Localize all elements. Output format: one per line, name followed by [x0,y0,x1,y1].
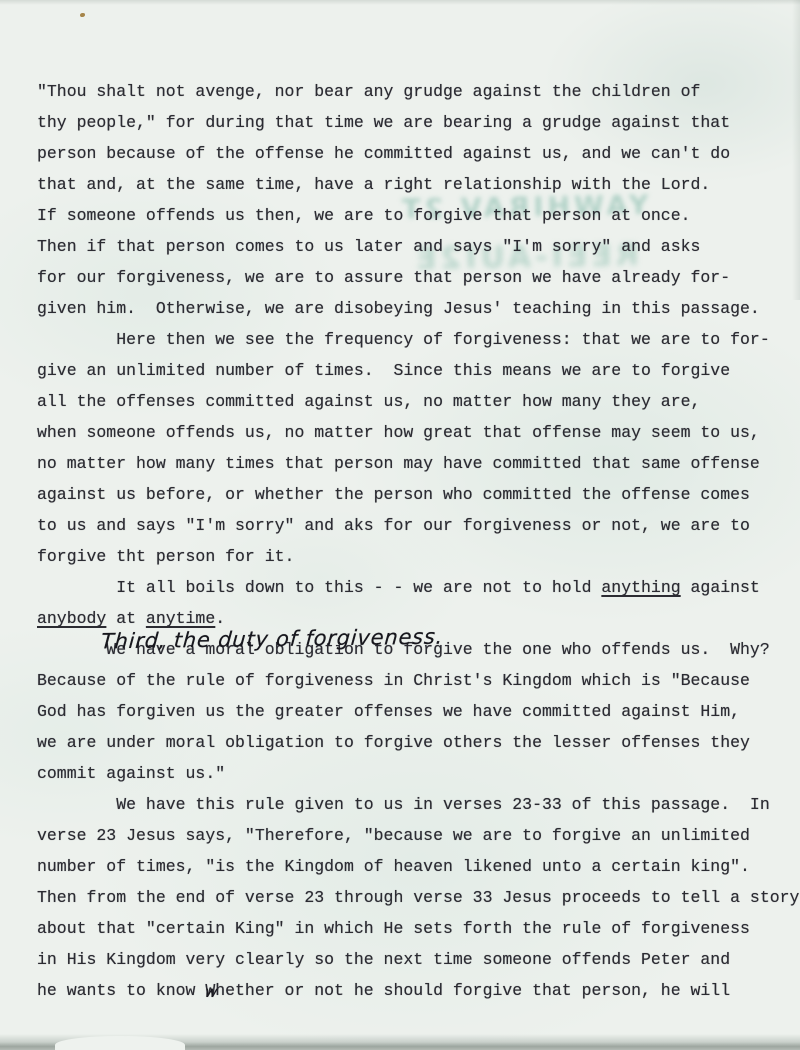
typed-line: commit against us." [37,758,799,789]
ink-speck [80,13,85,17]
typed-line: give an unlimited number of times. Since… [37,355,799,386]
underlined-word: anytime [146,609,215,628]
page-bottom-edge-bump [55,1036,185,1050]
handwritten-heading-insert: Third, the duty of forgiveness. [100,625,444,654]
typed-line: we are under moral obligation to forgive… [37,727,799,758]
typed-line: We have this rule given to us in verses … [37,789,799,820]
underlined-word: anybody [37,609,106,628]
typed-line: It all boils down to this - - we are not… [37,572,799,603]
typed-line: that and, at the same time, have a right… [37,169,799,200]
typed-line: given him. Otherwise, we are disobeying … [37,293,799,324]
typed-line: for our forgiveness, we are to assure th… [37,262,799,293]
scanned-document-page: YAWHIRAV 2T REEI-AUI2E "Thou shalt not a… [0,0,800,1050]
typed-line: when someone offends us, no matter how g… [37,417,799,448]
typed-text-block: "Thou shalt not avenge, nor bear any gru… [37,76,799,1006]
typed-line: If someone offends us then, we are to fo… [37,200,799,231]
typed-line: thy people," for during that time we are… [37,107,799,138]
typed-line: "Thou shalt not avenge, nor bear any gru… [37,76,799,107]
typed-line: forgive tht person for it. [37,541,799,572]
typed-line: Then if that person comes to us later an… [37,231,799,262]
typed-line: no matter how many times that person may… [37,448,799,479]
typed-line: Because of the rule of forgiveness in Ch… [37,665,799,696]
page-bottom-edge-shadow [0,1034,800,1050]
typed-line: all the offenses committed against us, n… [37,386,799,417]
typed-line: against us before, or whether the person… [37,479,799,510]
handwritten-letter-correction: w [204,983,218,1001]
typed-line: verse 23 Jesus says, "Therefore, "becaus… [37,820,799,851]
typed-line: God has forgiven us the greater offenses… [37,696,799,727]
typed-line: in His Kingdom very clearly so the next … [37,944,799,975]
typed-line: Here then we see the frequency of forgiv… [37,324,799,355]
underlined-word: anything [601,578,680,597]
typed-line: he wants to know Whether or not he shoul… [37,975,799,1006]
typed-line: to us and says "I'm sorry" and aks for o… [37,510,799,541]
typed-line: Then from the end of verse 23 through ve… [37,882,799,913]
typed-line: number of times, "is the Kingdom of heav… [37,851,799,882]
page-top-edge-shadow [0,0,800,5]
typed-line: person because of the offense he committ… [37,138,799,169]
typed-line: about that "certain King" in which He se… [37,913,799,944]
